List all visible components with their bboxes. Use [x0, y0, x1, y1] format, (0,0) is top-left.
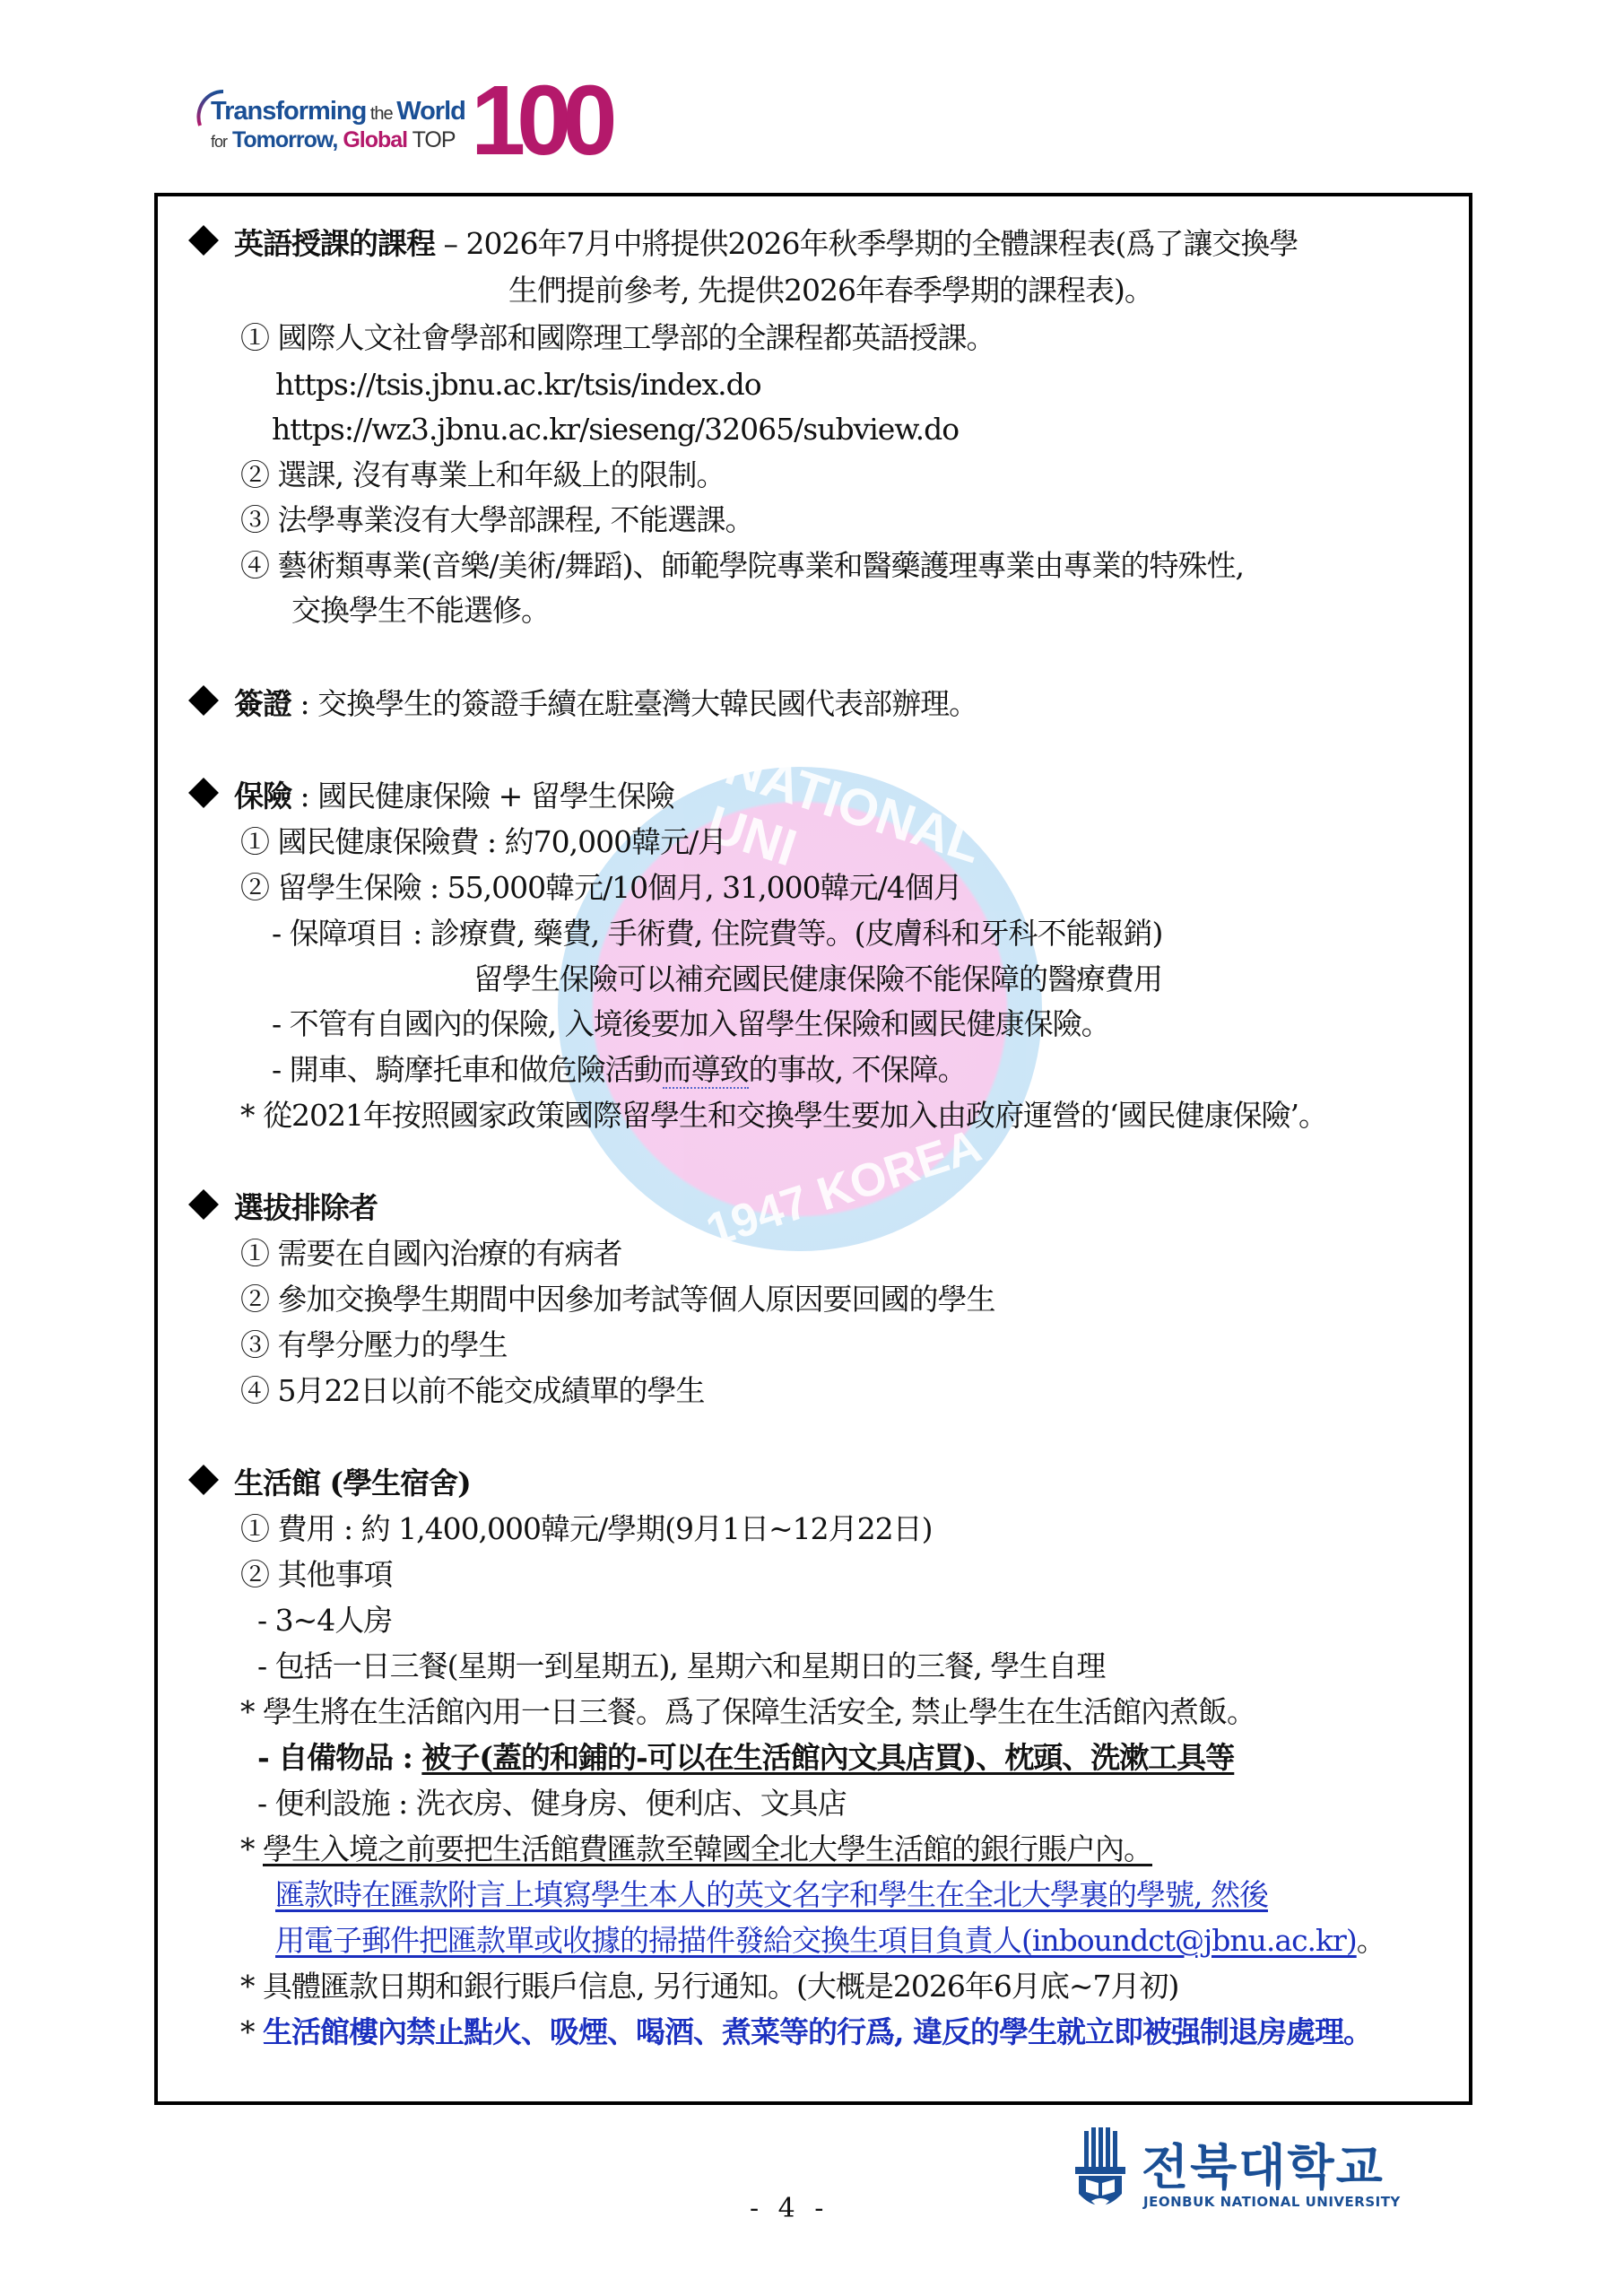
insurance-exclusion-note: - 開車、騎摩托車和做危險活動而導致的事故, 不保障。 [272, 1050, 967, 1090]
dormitory-facilities: - 便利設施 : 洗衣房、健身房、便利店、文具店 [257, 1784, 847, 1823]
courses-link-tsis[interactable]: https://tsis.jbnu.ac.kr/tsis/index.do [275, 365, 761, 404]
dormitory-cooking-note: * 學生將在生活館內用一日三餐。爲了保障生活安全, 禁止學生在生活館內煮飯。 [240, 1692, 1255, 1732]
insurance-item-2: ② 留學生保險 : 55,000韓元/10個月, 31,000韓元/4個月 [240, 868, 962, 908]
dormitory-meals: - 包括一日三餐(星期一到星期五), 星期六和星期日的三餐, 學生自理 [257, 1647, 1105, 1686]
insurance-item-1: ① 國民健康保險費 : 約70,000韓元/月 [240, 822, 726, 862]
diamond-bullet-icon [188, 1189, 219, 1220]
dormitory-item-1: ① 費用 : 約 1,400,000韓元/學期(9月1日~12月22日) [240, 1509, 933, 1549]
insurance-mandatory-note: - 不管有自國內的保險, 入境後要加入留學生保險和國民健康保險。 [272, 1004, 1110, 1044]
exclusion-item-2: ② 參加交換學生期間中因參加考試等個人原因要回國的學生 [240, 1280, 995, 1319]
insurance-policy-note: * 從2021年按照國家政策國際留學生和交換學生要加入由政府運營的‘國民健康保險… [240, 1096, 1327, 1135]
section-exclusion-heading: 選拔排除者 [193, 1188, 378, 1228]
diamond-bullet-icon [188, 778, 219, 808]
exclusion-item-1: ① 需要在自國內治療的有病者 [240, 1234, 622, 1274]
inbound-email-link[interactable]: 用電子郵件把匯款單或收據的掃描件發給交換生項目負責人(inboundct@jbn… [275, 1923, 1357, 1958]
diamond-bullet-icon [188, 685, 219, 716]
dormitory-payment-instruction-2: 用電子郵件把匯款單或收據的掃描件發給交換生項目負責人(inboundct@jbn… [275, 1921, 1385, 1961]
diamond-bullet-icon [188, 225, 219, 256]
courses-item-2: ② 選課, 沒有專業上和年級上的限制。 [240, 456, 725, 495]
section-courses-heading: 英語授課的課程 – 2026年7月中將提供2026年秋季學期的全體課程表(爲了讓… [193, 224, 1298, 264]
exclusion-item-4: ④ 5月22日以前不能交成績單的學生 [240, 1371, 705, 1411]
dormitory-payment-note: * 學生入境之前要把生活館費匯款至韓國全北大學生活館的銀行賬户內。 [240, 1830, 1152, 1869]
section-dormitory-heading: 生活館 (學生宿舍) [193, 1464, 471, 1503]
dormitory-payment-instruction-1: 匯款時在匯款附言上填寫學生本人的英文名字和學生在全北大學裏的學號, 然後 [275, 1875, 1268, 1915]
courses-item-3: ③ 法學專業沒有大學部課程, 不能選課。 [240, 500, 753, 540]
document-body: 英語授課的課程 – 2026年7月中將提供2026年秋季學期的全體課程表(爲了讓… [0, 0, 1624, 2296]
section-visa: 簽證 : 交換學生的簽證手續在駐臺灣大韓民國代表部辦理。 [193, 684, 977, 724]
dormitory-rules-warning: * 生活館樓內禁止點火、吸煙、喝酒、煮菜等的行爲, 違反的學生就立即被强制退房處… [240, 2013, 1372, 2052]
insurance-coverage: - 保障項目 : 診療費, 藥費, 手術費, 住院費等。(皮膚科和牙科不能報銷) [272, 914, 1162, 953]
courses-item-4: ④ 藝術類專業(音樂/美術/舞蹈)、師範學院專業和醫藥護理專業由專業的特殊性, [240, 546, 1244, 586]
section-courses-desc-cont: 生們提前參考, 先提供2026年春季學期的課程表)。 [508, 271, 1153, 310]
dormitory-room-type: - 3~4人房 [257, 1601, 392, 1640]
dormitory-supplies: - 自備物品 : 被子(蓋的和鋪的-可以在生活館內文具店買)、枕頭、洗漱工具等 [257, 1738, 1234, 1778]
dormitory-item-2: ② 其他事項 [240, 1555, 393, 1595]
dormitory-bank-info-note: * 具體匯款日期和銀行賬戶信息, 另行通知。(大概是2026年6月底~7月初) [240, 1967, 1178, 2006]
courses-link-sieseng[interactable]: https://wz3.jbnu.ac.kr/sieseng/32065/sub… [272, 410, 959, 449]
insurance-coverage-note: 留學生保險可以補充國民健康保險不能保障的醫療費用 [473, 960, 1162, 999]
section-insurance-heading: 保險 : 國民健康保險 + 留學生保險 [193, 777, 674, 816]
diamond-bullet-icon [188, 1465, 219, 1495]
courses-item-4-cont: 交換學生不能選修。 [291, 591, 550, 631]
exclusion-item-3: ③ 有學分壓力的學生 [240, 1326, 508, 1365]
courses-item-1: ① 國際人文社會學部和國際理工學部的全課程都英語授課。 [240, 318, 995, 358]
